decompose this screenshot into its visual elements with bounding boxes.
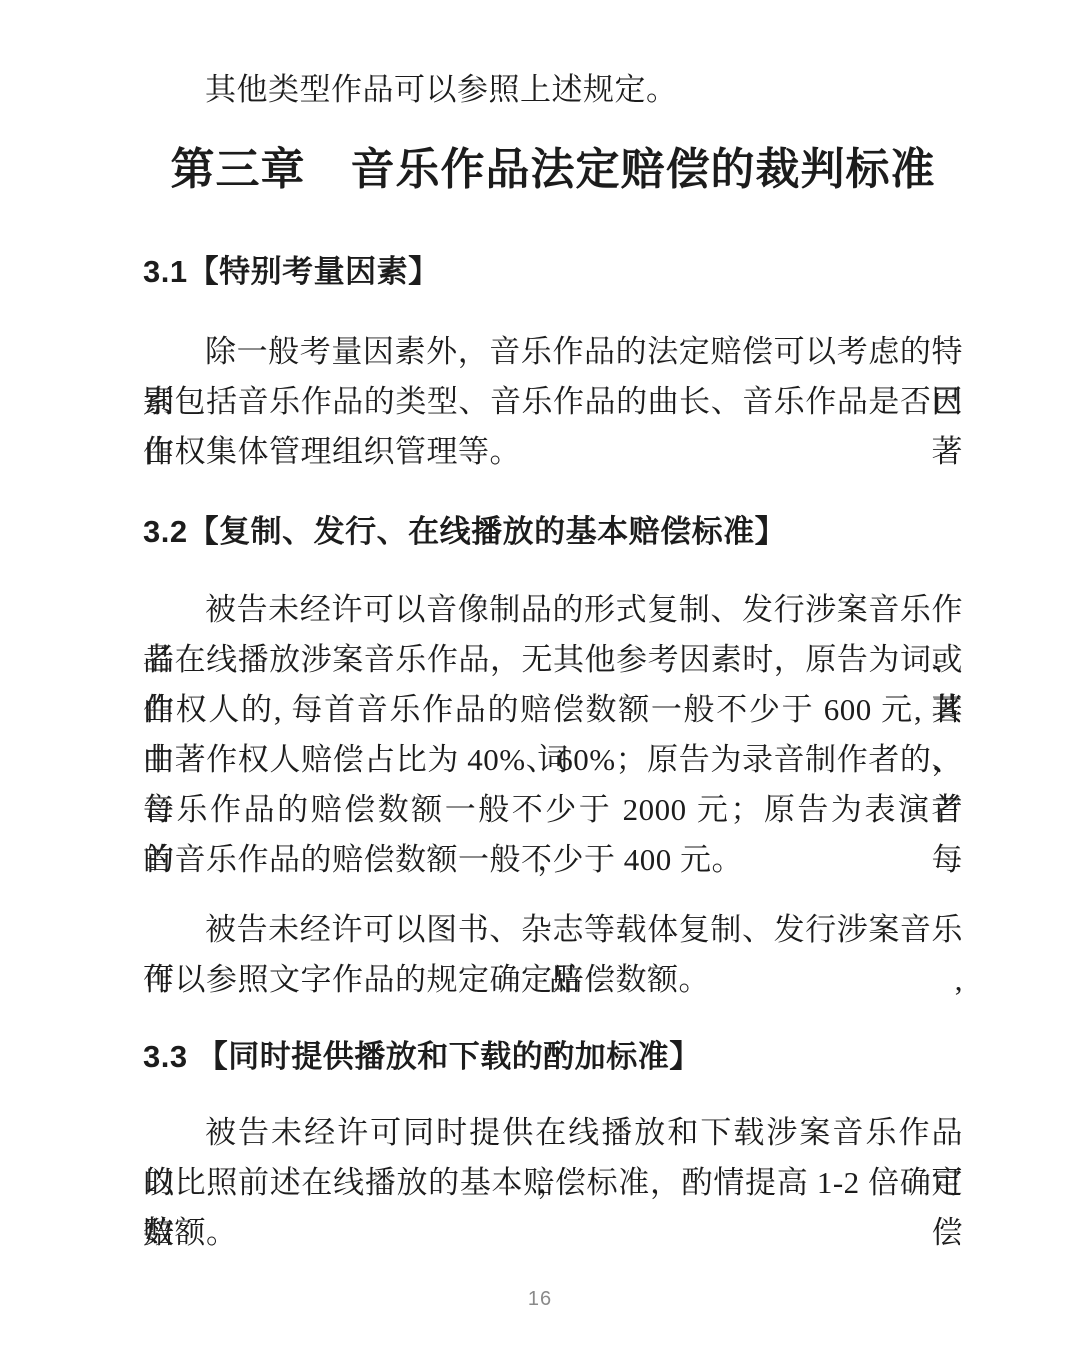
text-line: 作权人的, 每首音乐作品的赔偿数额一般不少于 600 元, 其中词、 bbox=[143, 685, 963, 735]
text-line: 音乐作品的赔偿数额一般不少于 2000 元；原告为表演者的，每 bbox=[143, 785, 963, 835]
paragraph: 被告未经许可以图书、杂志等载体复制、发行涉案音乐作品, 可以参照文字作品的规定确… bbox=[143, 905, 963, 1005]
text-line: 曲著作权人赔偿占比为 40%、60%；原告为录音制作者的，每首 bbox=[143, 735, 963, 785]
text-line: 除一般考量因素外，音乐作品的法定赔偿可以考虑的特别因 bbox=[143, 327, 963, 377]
section-heading-3-1: 3.1【特别考量因素】 bbox=[143, 247, 963, 297]
intro-paragraph-line: 其他类型作品可以参照上述规定。 bbox=[143, 65, 963, 115]
section-heading-3-2: 3.2【复制、发行、在线播放的基本赔偿标准】 bbox=[143, 507, 963, 557]
document-page: 其他类型作品可以参照上述规定。 第三章 音乐作品法定赔偿的裁判标准 3.1【特别… bbox=[0, 0, 1080, 1349]
text-line: 被告未经许可同时提供在线播放和下载涉案音乐作品的，可 bbox=[143, 1108, 963, 1158]
text-line: 被告未经许可以图书、杂志等载体复制、发行涉案音乐作品, bbox=[143, 905, 963, 955]
paragraph: 除一般考量因素外，音乐作品的法定赔偿可以考虑的特别因 素包括音乐作品的类型、音乐… bbox=[143, 327, 963, 477]
text-line: 以比照前述在线播放的基本赔偿标准，酌情提高 1-2 倍确定赔偿 bbox=[143, 1158, 963, 1208]
paragraph: 被告未经许可以音像制品的形式复制、发行涉案音乐作品或 者在线播放涉案音乐作品，无… bbox=[143, 585, 963, 885]
section-heading-3-3: 3.3 【同时提供播放和下载的酌加标准】 bbox=[143, 1032, 963, 1082]
chapter-title: 第三章 音乐作品法定赔偿的裁判标准 bbox=[143, 140, 963, 200]
page-number: 16 bbox=[0, 1288, 1080, 1311]
paragraph: 被告未经许可同时提供在线播放和下载涉案音乐作品的，可 以比照前述在线播放的基本赔… bbox=[143, 1108, 963, 1258]
text-line: 被告未经许可以音像制品的形式复制、发行涉案音乐作品或 bbox=[143, 585, 963, 635]
text-line: 者在线播放涉案音乐作品，无其他参考因素时，原告为词、曲著 bbox=[143, 635, 963, 685]
text-line: 素包括音乐作品的类型、音乐作品的曲长、音乐作品是否已由著 bbox=[143, 377, 963, 427]
